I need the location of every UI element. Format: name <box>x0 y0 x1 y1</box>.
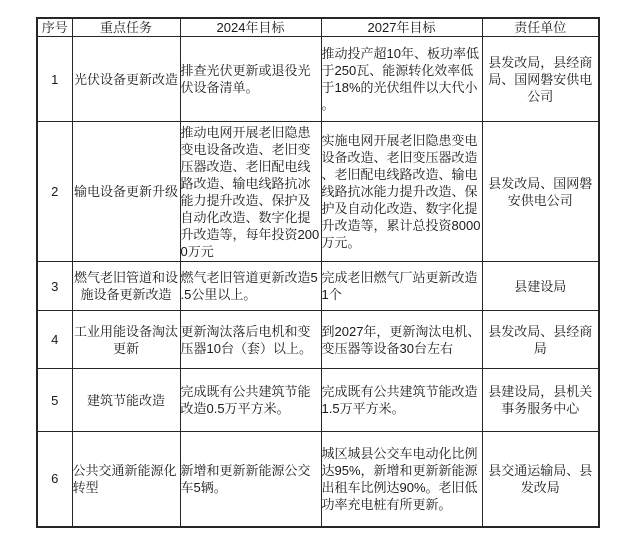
cell-goal-2024: 排查光伏更新或退役光伏设备清单。 <box>180 37 321 122</box>
cell-no: 5 <box>37 369 72 432</box>
cell-goal-2027: 实施电网开展老旧隐患变电设备改造、老旧变压器改造、老旧配电线路改造、输电线路抗冰… <box>321 122 482 262</box>
cell-task: 燃气老旧管道和设施设备更新改造 <box>72 262 180 311</box>
column-header-goal-2024: 2024年目标 <box>180 18 321 37</box>
cell-no: 6 <box>37 432 72 527</box>
cell-goal-2024: 更新淘汰落后电机和变压器10台（套）以上。 <box>180 311 321 369</box>
cell-goal-2024: 新增和更新新能源公交车5辆。 <box>180 432 321 527</box>
cell-unit: 县发改局，县经商局、国网磐安供电公司 <box>482 37 599 122</box>
cell-task: 建筑节能改造 <box>72 369 180 432</box>
table-row: 3 燃气老旧管道和设施设备更新改造 燃气老旧管道更新改造5.5公里以上。 完成老… <box>37 262 599 311</box>
table-row: 5 建筑节能改造 完成既有公共建筑节能改造0.5万平方米。 完成既有公共建筑节能… <box>37 369 599 432</box>
table-row: 2 输电设备更新升级 推动电网开展老旧隐患变电设备改造、老旧变压器改造、老旧配电… <box>37 122 599 262</box>
cell-unit: 县发改局、县经商局 <box>482 311 599 369</box>
cell-task: 光伏设备更新改造 <box>72 37 180 122</box>
cell-no: 1 <box>37 37 72 122</box>
table-row: 6 公共交通新能源化转型 新增和更新新能源公交车5辆。 城区城县公交车电动化比例… <box>37 432 599 527</box>
cell-no: 3 <box>37 262 72 311</box>
cell-goal-2027: 完成老旧燃气厂站更新改造1个 <box>321 262 482 311</box>
table-row: 4 工业用能设备淘汰更新 更新淘汰落后电机和变压器10台（套）以上。 到2027… <box>37 311 599 369</box>
key-tasks-table: 序号 重点任务 2024年目标 2027年目标 责任单位 1 光伏设备更新改造 … <box>36 17 600 528</box>
cell-no: 2 <box>37 122 72 262</box>
header-row: 序号 重点任务 2024年目标 2027年目标 责任单位 <box>37 18 599 37</box>
cell-goal-2027: 到2027年，更新淘汰电机、变压器等设备30台左右 <box>321 311 482 369</box>
cell-unit: 县发改局、国网磐安供电公司 <box>482 122 599 262</box>
cell-task: 公共交通新能源化转型 <box>72 432 180 527</box>
cell-goal-2024: 推动电网开展老旧隐患变电设备改造、老旧变压器改造、老旧配电线路改造、输电线路抗冰… <box>180 122 321 262</box>
column-header-unit: 责任单位 <box>482 18 599 37</box>
cell-goal-2027: 完成既有公共建筑节能改造1.5万平方米。 <box>321 369 482 432</box>
column-header-task: 重点任务 <box>72 18 180 37</box>
cell-unit: 县建设局 <box>482 262 599 311</box>
cell-no: 4 <box>37 311 72 369</box>
cell-goal-2024: 完成既有公共建筑节能改造0.5万平方米。 <box>180 369 321 432</box>
column-header-goal-2027: 2027年目标 <box>321 18 482 37</box>
document-page: 序号 重点任务 2024年目标 2027年目标 责任单位 1 光伏设备更新改造 … <box>36 17 600 528</box>
cell-goal-2024: 燃气老旧管道更新改造5.5公里以上。 <box>180 262 321 311</box>
cell-task: 输电设备更新升级 <box>72 122 180 262</box>
cell-goal-2027: 推动投产超10年、板功率低于250瓦、能源转化效率低于18%的光伏组件以大代小。 <box>321 37 482 122</box>
column-header-no: 序号 <box>37 18 72 37</box>
cell-task: 工业用能设备淘汰更新 <box>72 311 180 369</box>
cell-goal-2027: 城区城县公交车电动化比例达95%，新增和更新新能源出租车比例达90%。老旧低功率… <box>321 432 482 527</box>
table-row: 1 光伏设备更新改造 排查光伏更新或退役光伏设备清单。 推动投产超10年、板功率… <box>37 37 599 122</box>
cell-unit: 县建设局，县机关事务服务中心 <box>482 369 599 432</box>
cell-unit: 县交通运输局、县发改局 <box>482 432 599 527</box>
